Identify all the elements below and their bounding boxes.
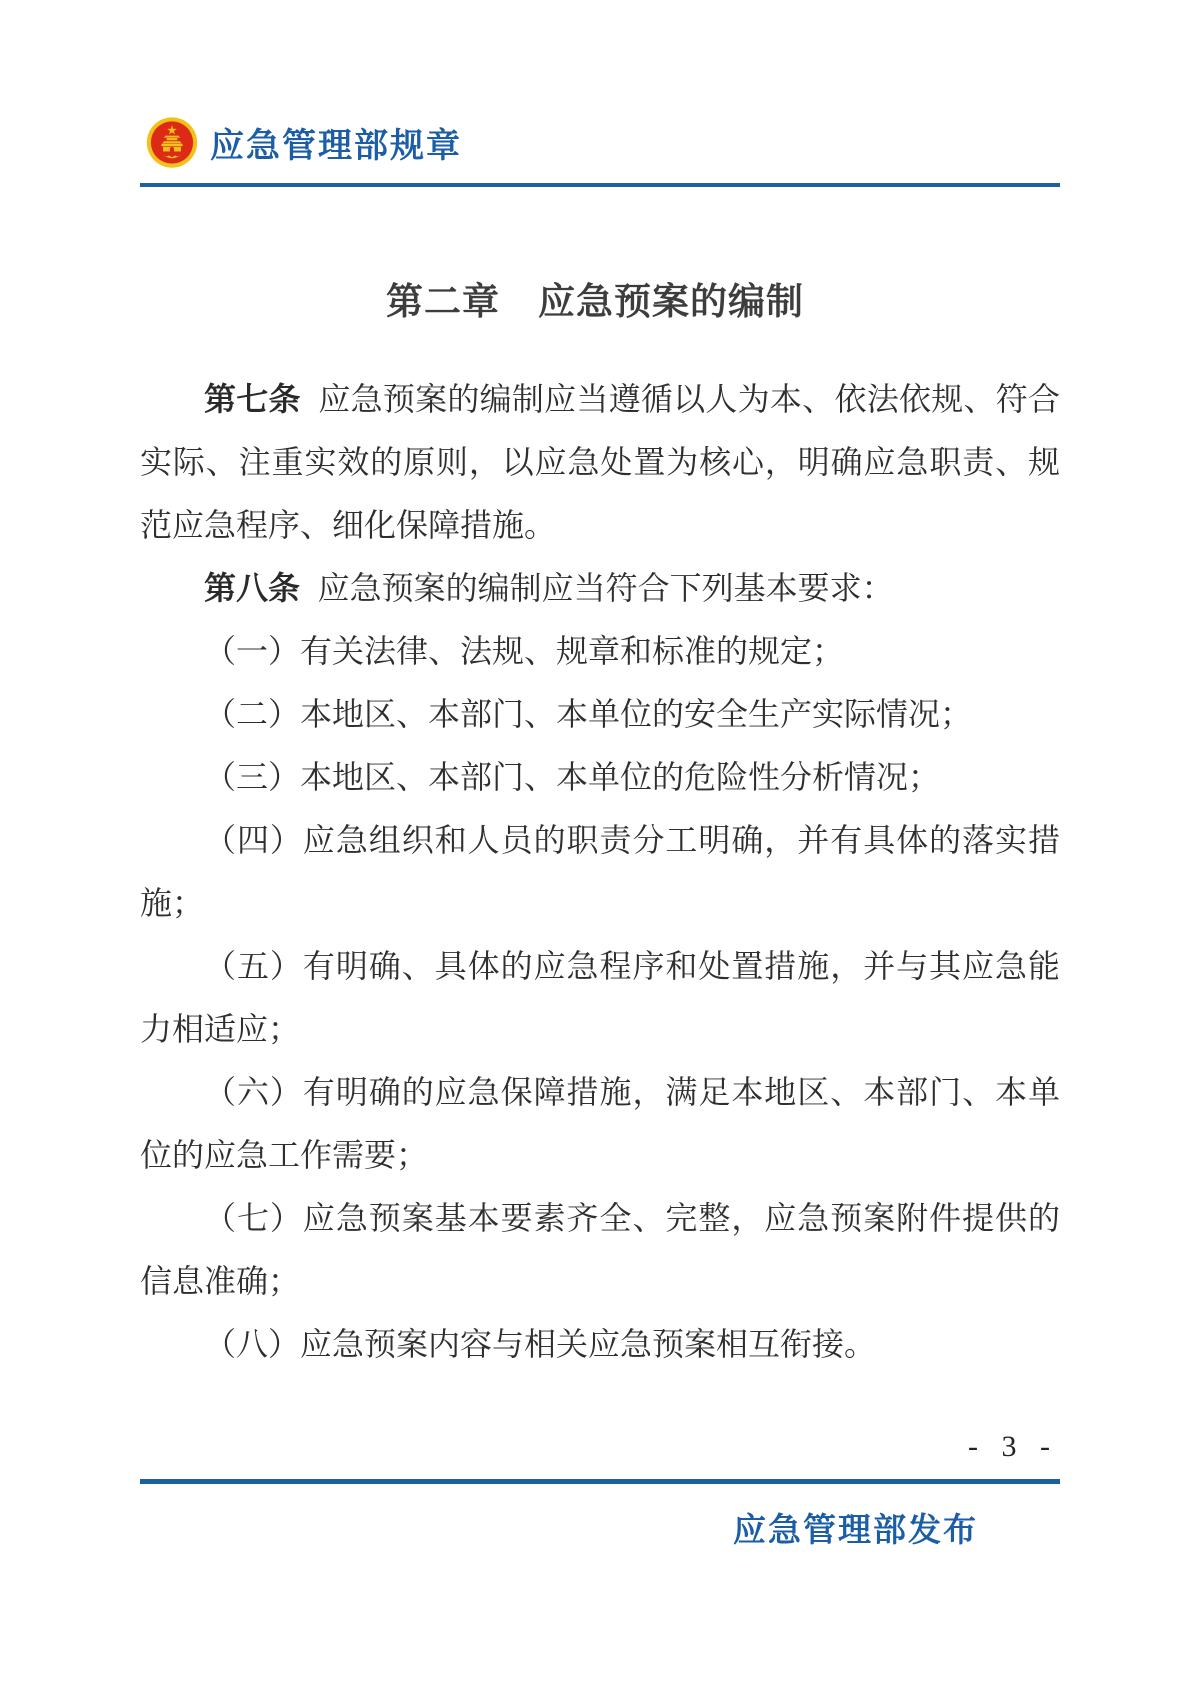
article-paragraph: （六）有明确的应急保障措施，满足本地区、本部门、本单位的应急工作需要； xyxy=(140,1061,1060,1187)
article-paragraph: （二）本地区、本部门、本单位的安全生产实际情况； xyxy=(140,683,1060,746)
article-paragraph: （三）本地区、本部门、本单位的危险性分析情况； xyxy=(140,746,1060,809)
article-paragraph: 第七条应急预案的编制应当遵循以人为本、依法依规、符合实际、注重实效的原则，以应急… xyxy=(140,368,1060,557)
article-number: 第八条 xyxy=(204,570,300,606)
chapter-title: 第二章 应急预案的编制 xyxy=(0,271,1190,325)
article-paragraph: （七）应急预案基本要素齐全、完整，应急预案附件提供的信息准确； xyxy=(140,1187,1060,1313)
article-paragraph: （一）有关法律、法规、规章和标准的规定； xyxy=(140,620,1060,683)
article-paragraph: 第八条应急预案的编制应当符合下列基本要求： xyxy=(140,557,1060,620)
agency-header-label: 应急管理部规章 xyxy=(210,118,462,167)
article-paragraph: （八）应急预案内容与相关应急预案相互衔接。 xyxy=(140,1313,1060,1376)
footer-divider xyxy=(140,1479,1060,1484)
page-number: - 3 - xyxy=(968,1430,1050,1464)
article-number: 第七条 xyxy=(204,381,301,417)
article-paragraph: （四）应急组织和人员的职责分工明确，并有具体的落实措施； xyxy=(140,809,1060,935)
article-paragraph: （五）有明确、具体的应急程序和处置措施，并与其应急能力相适应； xyxy=(140,935,1060,1061)
document-page: 应急管理部规章 第二章 应急预案的编制 第七条应急预案的编制应当遵循以人为本、依… xyxy=(0,0,1190,1683)
page-header: 应急管理部规章 xyxy=(146,112,462,172)
national-emblem-icon xyxy=(146,115,198,170)
header-divider xyxy=(140,183,1060,187)
publisher-label: 应急管理部发布 xyxy=(733,1504,978,1551)
document-body: 第七条应急预案的编制应当遵循以人为本、依法依规、符合实际、注重实效的原则，以应急… xyxy=(140,368,1060,1376)
